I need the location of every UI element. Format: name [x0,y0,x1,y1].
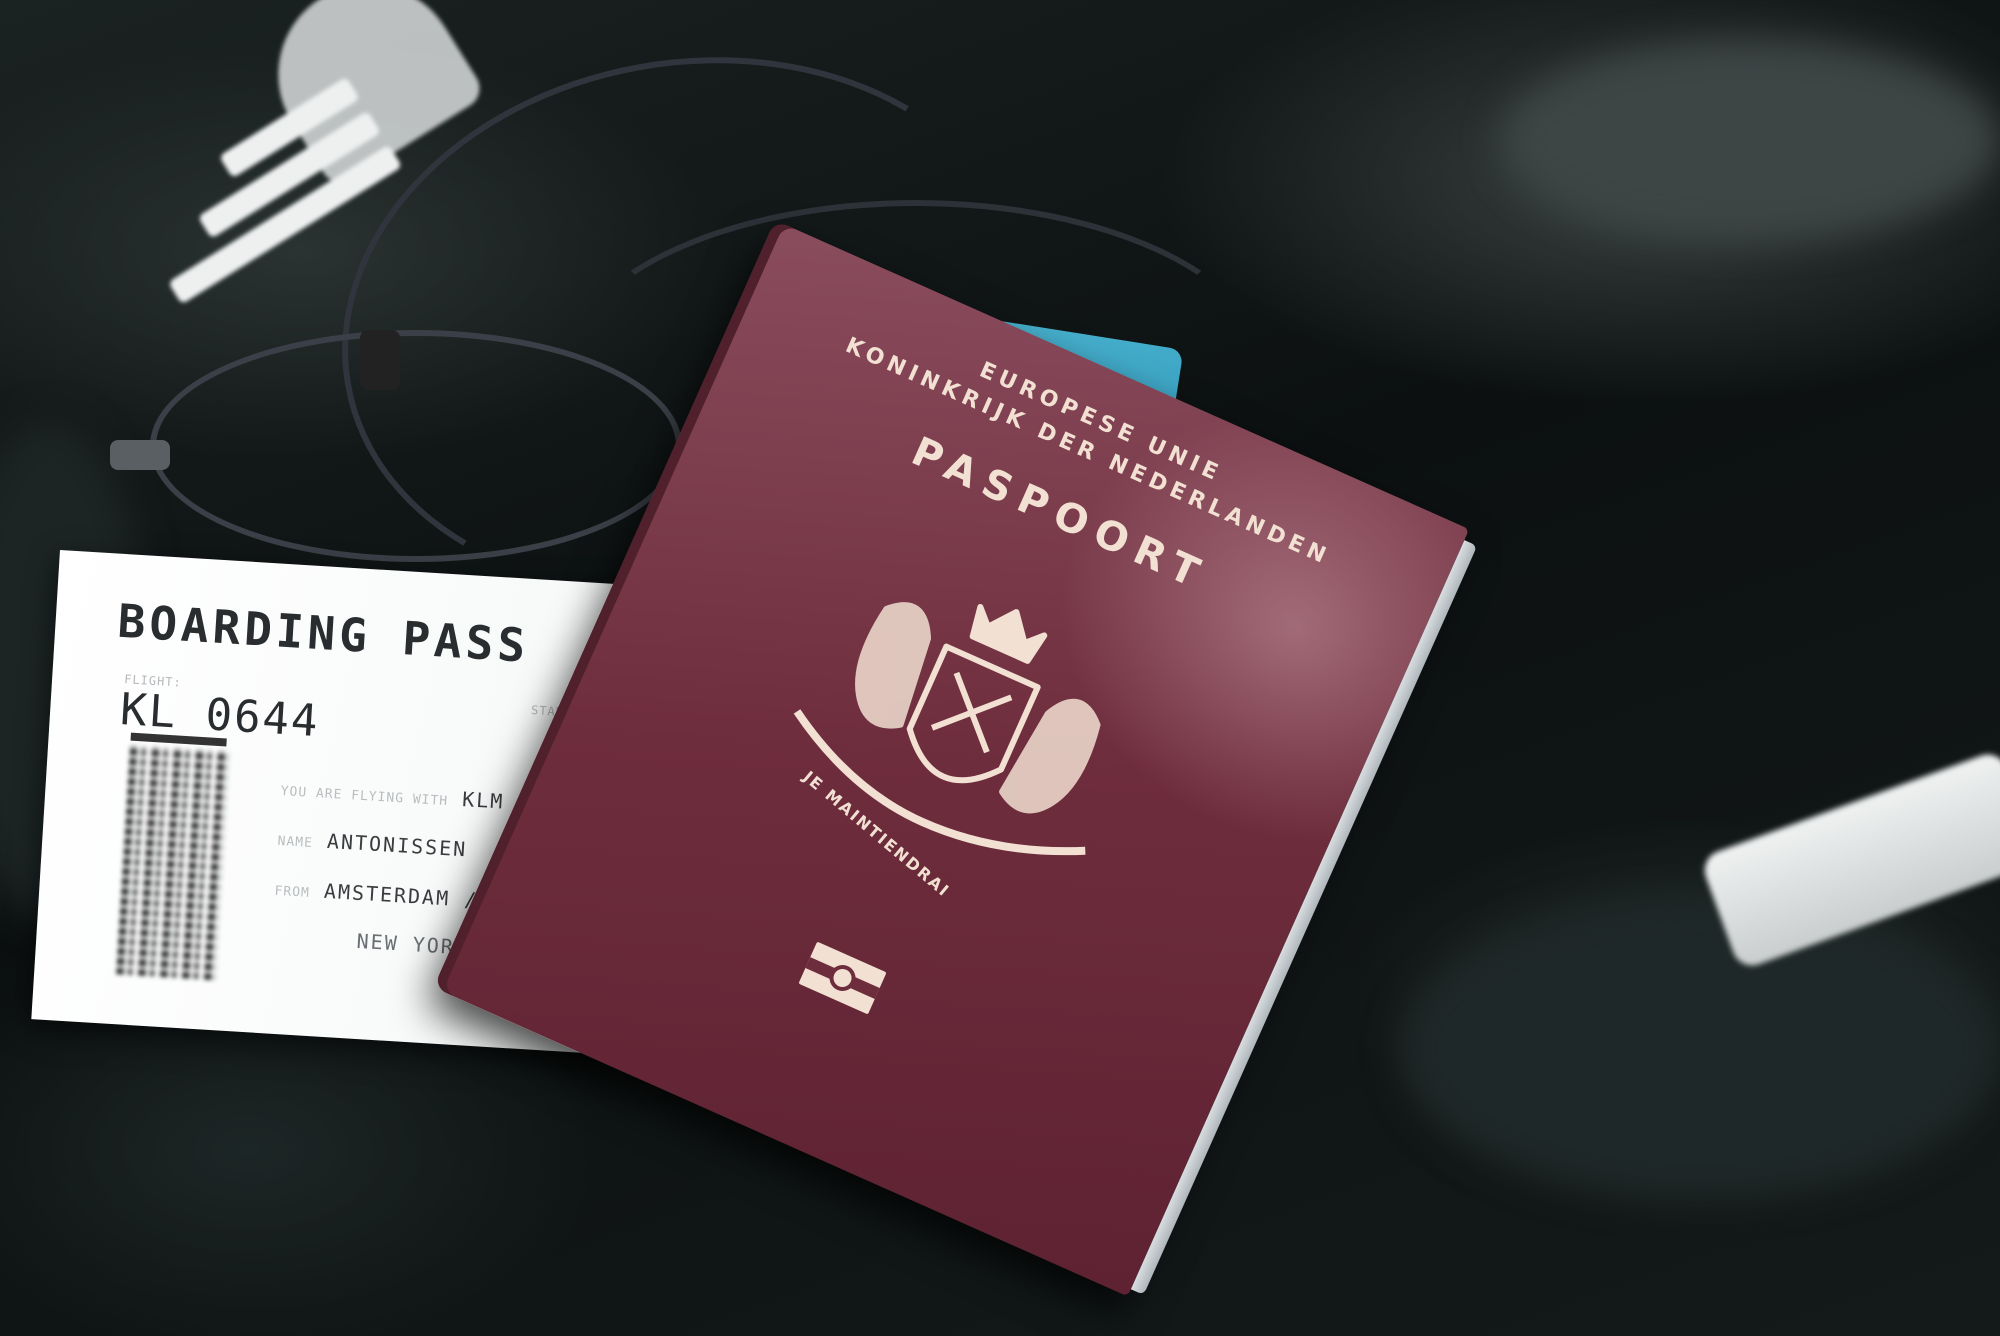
cord-stopper [360,330,400,390]
bag-fold [1400,900,2000,1200]
name-label: NAME [277,834,313,851]
barcode-icon [116,745,230,981]
bag-fold [1500,40,2000,240]
passenger-name: ANTONISSEN [326,829,468,862]
from-label: FROM [274,884,310,901]
cord-stopper [110,440,170,470]
passport-pages [1131,540,1477,1295]
dutch-coat-of-arms-icon [738,521,1189,941]
operator-label: YOU ARE FLYING WITH [280,784,448,809]
operator-line: YOU ARE FLYING WITHKLM RO [280,776,547,816]
passenger-line: NAMEANTONISSEN [277,826,468,862]
boarding-pass-title: BOARDING PASS [116,594,531,673]
biometric-chip-icon [796,939,889,1017]
photo-scene: BOARDING PASS FLIGHT: KL 0644 START: 16:… [0,0,2000,1336]
